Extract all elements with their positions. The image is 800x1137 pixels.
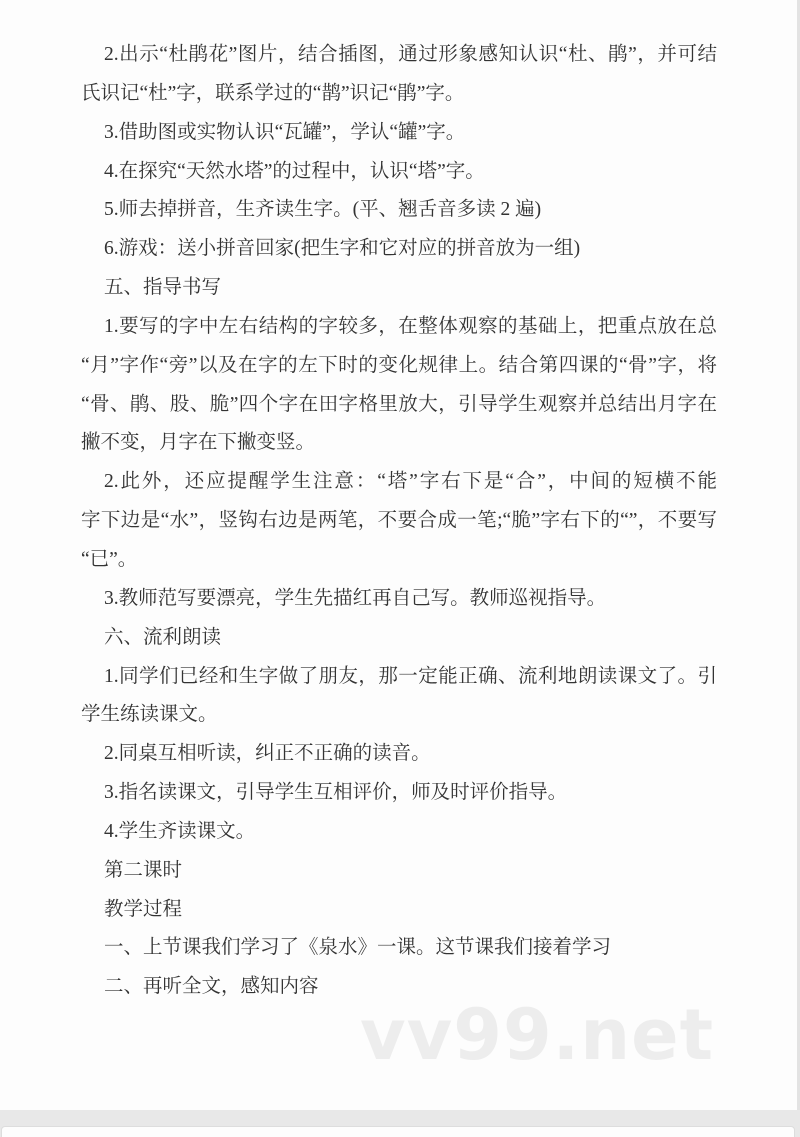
text-line: “已”。	[81, 541, 717, 580]
text-line: 教学过程	[81, 891, 717, 930]
text-line: 6.游戏：送小拼音回家(把生字和它对应的拼音放为一组)	[81, 230, 717, 269]
document-body: 2.出示“杜鹃花”图片，结合插图，通过形象感知认识“杜、鹃”，并可结合姓氏识记“…	[0, 0, 797, 1007]
text-line: 六、流利朗读	[81, 619, 717, 658]
document-page: vv99.net 2.出示“杜鹃花”图片，结合插图，通过形象感知认识“杜、鹃”，…	[0, 0, 797, 1110]
text-line: 3.指名读课文，引导学生互相评价，师及时评价指导。	[81, 774, 717, 813]
text-line: “骨、鹃、股、脆”四个字在田字格里放大，引导学生观察并总结出月字在旁	[81, 386, 717, 425]
text-line: 撇不变，月字在下撇变竖。	[81, 424, 717, 463]
text-line: 氏识记“杜”字，联系学过的“鹊”识记“鹃”字。	[81, 75, 717, 114]
text-line: 1.同学们已经和生字做了朋友，那一定能正确、流利地朗读课文了。引导	[81, 658, 717, 697]
text-line: 4.在探究“天然水塔”的过程中，认识“塔”字。	[81, 153, 717, 192]
text-line: 2.出示“杜鹃花”图片，结合插图，通过形象感知认识“杜、鹃”，并可结合姓	[81, 36, 717, 75]
text-line: 3.借助图或实物认识“瓦罐”，学认“罐”字。	[81, 114, 717, 153]
text-line: 2.同桌互相听读，纠正不正确的读音。	[81, 735, 717, 774]
text-line: 第二课时	[81, 852, 717, 891]
text-line: “月”字作“旁”以及在字的左下时的变化规律上。结合第四课的“骨”字，将	[81, 347, 717, 386]
text-line: 一、上节课我们学习了《泉水》一课。这节课我们接着学习	[81, 929, 717, 968]
text-line: 学生练读课文。	[81, 696, 717, 735]
text-line: 字下边是“水”，竖钩右边是两笔，不要合成一笔;“脆”字右下的“”，不要写成	[81, 502, 717, 541]
text-line: 4.学生齐读课文。	[81, 813, 717, 852]
text-line: 五、指导书写	[81, 269, 717, 308]
next-page-top-edge	[1, 1126, 795, 1137]
text-line: 1.要写的字中左右结构的字较多，在整体观察的基础上，把重点放在总结	[81, 308, 717, 347]
text-line: 5.师去掉拼音，生齐读生字。(平、翘舌音多读 2 遍)	[81, 191, 717, 230]
text-line: 二、再听全文，感知内容	[81, 968, 717, 1007]
text-line: 3.教师范写要漂亮，学生先描红再自己写。教师巡视指导。	[81, 580, 717, 619]
text-line: 2.此外，还应提醒学生注意：“塔”字右下是“合”，中间的短横不能少;“泉”	[81, 463, 717, 502]
page-gap	[0, 1110, 800, 1126]
